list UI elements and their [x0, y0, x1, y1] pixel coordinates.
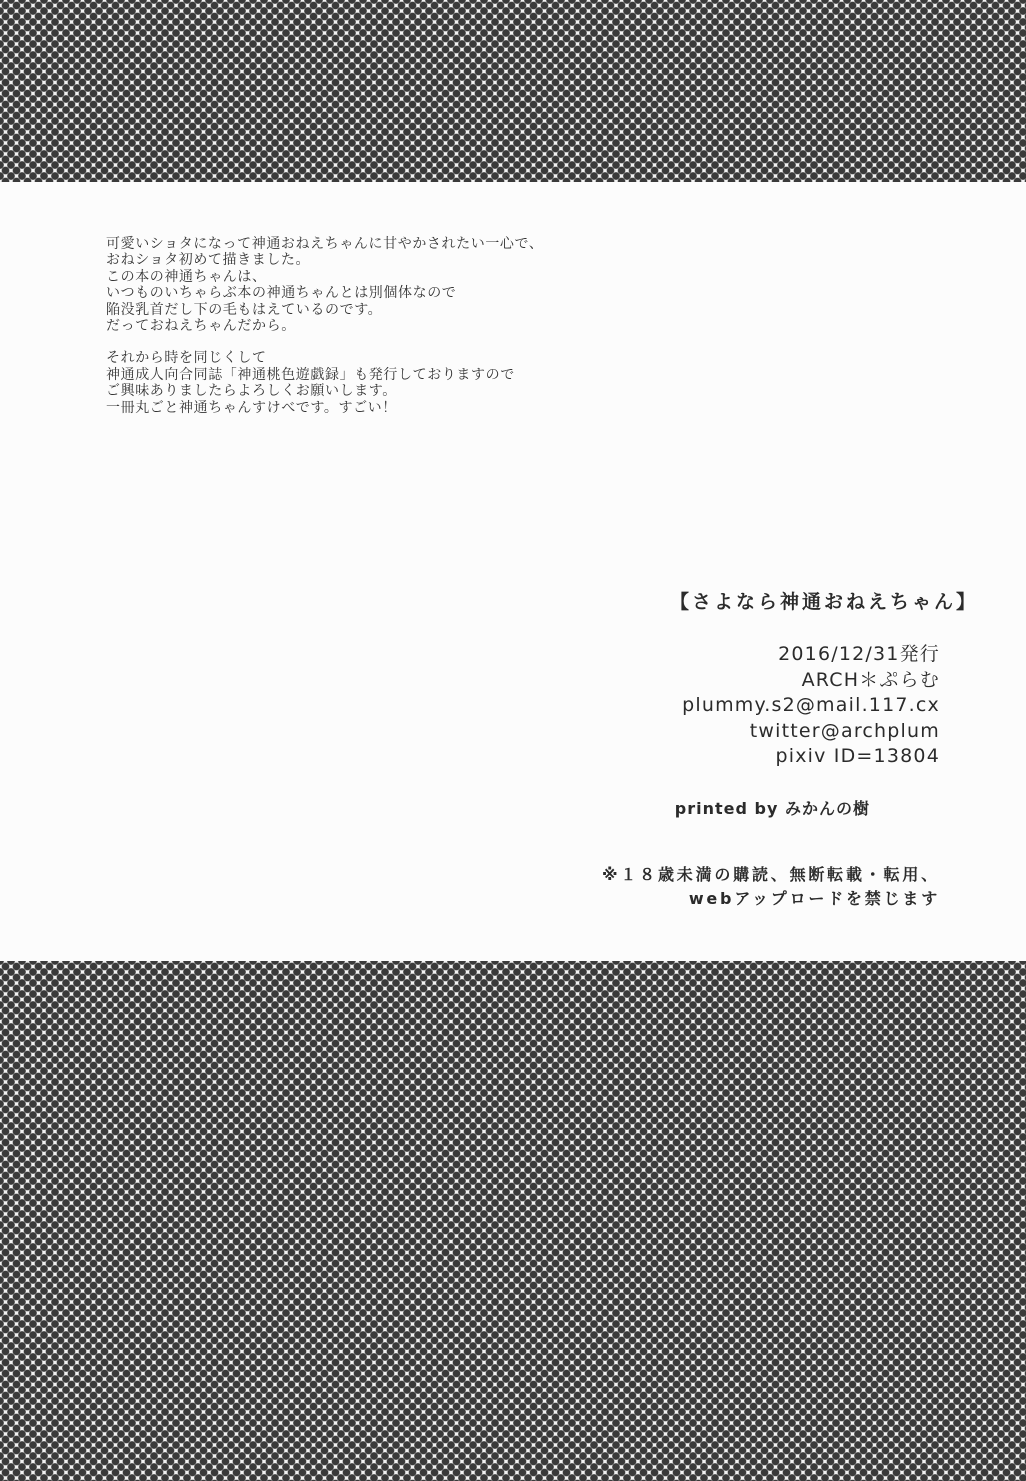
- afterword-line: だっておねえちゃんだから。: [106, 318, 543, 334]
- afterword-line: いつものいちゃらぶ本の神通ちゃんとは別個体なので: [106, 285, 543, 301]
- afterword-line: 一冊丸ごと神通ちゃんすけべです。すごい！: [106, 400, 543, 416]
- afterword-line: 陥没乳首だし下の毛もはえているのです。: [106, 302, 543, 318]
- publish-date: 2016/12/31発行: [602, 642, 940, 668]
- afterword-line: 神通成人向合同誌「神通桃色遊戯録」も発行しておりますので: [106, 367, 543, 383]
- legal-notice-line: webアップロードを禁じます: [602, 887, 940, 911]
- afterword-line: 可愛いショタになって神通おねえちゃんに甘やかされたい一心で、: [106, 236, 543, 252]
- afterword-line: ご興味ありましたらよろしくお願いします。: [106, 383, 543, 399]
- colophon: 【さよなら神通おねえちゃん】 2016/12/31発行 ARCH＊ぷらむ plu…: [602, 587, 970, 911]
- circle-name: ARCH＊ぷらむ: [602, 668, 940, 694]
- afterword-line: この本の神通ちゃんは、: [106, 269, 543, 285]
- afterword-paragraph-2: それから時を同じくして 神通成人向合同誌「神通桃色遊戯録」も発行しておりますので…: [106, 350, 543, 416]
- pixiv-id: pixiv ID=13804: [602, 744, 940, 770]
- legal-notice: ※１８歳未満の購読、無断転載・転用、 webアップロードを禁じます: [602, 863, 940, 911]
- afterword-line: それから時を同じくして: [106, 350, 543, 366]
- afterword-text: 可愛いショタになって神通おねえちゃんに甘やかされたい一心で、 おねショタ初めて描…: [106, 236, 543, 432]
- afterword-paragraph-1: 可愛いショタになって神通おねえちゃんに甘やかされたい一心で、 おねショタ初めて描…: [106, 236, 543, 334]
- twitter-handle: twitter@archplum: [602, 719, 940, 745]
- book-title: 【さよなら神通おねえちゃん】: [602, 587, 978, 614]
- afterword-line: おねショタ初めて描きました。: [106, 252, 543, 268]
- legal-notice-line: ※１８歳未満の購読、無断転載・転用、: [602, 863, 940, 887]
- printer-credit: printed by みかんの樹: [602, 796, 870, 819]
- halftone-band-top: [0, 0, 1026, 182]
- halftone-band-bottom: [0, 961, 1026, 1481]
- contact-email: plummy.s2@mail.117.cx: [602, 693, 940, 719]
